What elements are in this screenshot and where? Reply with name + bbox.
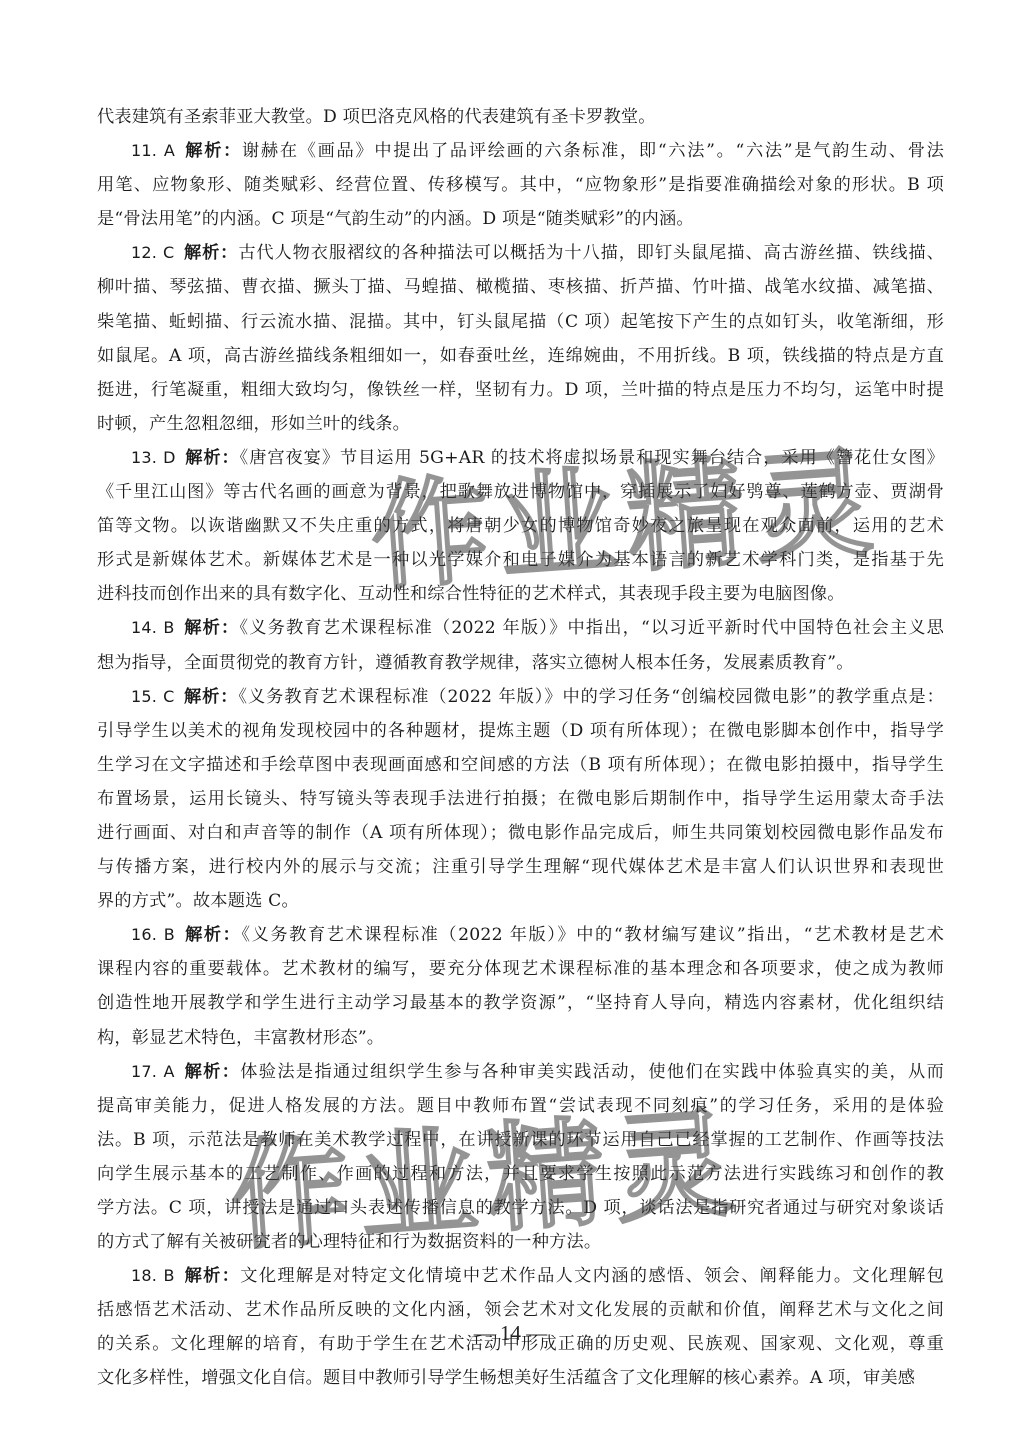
text-line: 界的方式”。故本题选 C。 — [97, 884, 944, 918]
line-text: 挺进，行笔凝重，粗细大致均匀，像铁丝一样，坚韧有力。D 项，兰叶描的特点是压力不… — [97, 380, 944, 400]
answer-item-first-line: 13. D 解析：《唐宫夜宴》节目运用 5G+AR 的技术将虚拟场景和现实舞台结… — [97, 441, 944, 475]
answer-item-first-line: 11. A 解析：谢赫在《画品》中提出了品评绘画的六条标准，即“六法”。“六法”… — [97, 134, 944, 168]
text-line: 时顿，产生忽粗忽细，形如兰叶的线条。 — [97, 407, 944, 441]
text-line: 形式是新媒体艺术。新媒体艺术是一种以光学媒介和电子媒介为基本语言的新艺术学科门类… — [97, 543, 944, 577]
text-line: 代表建筑有圣索菲亚大教堂。D 项巴洛克风格的代表建筑有圣卡罗教堂。 — [97, 100, 944, 134]
analysis-label: 解析： — [183, 243, 238, 263]
line-text: 是“骨法用笔”的内涵。C 项是“气韵生动”的内涵。D 项是“随类赋彩”的内涵。 — [97, 209, 694, 229]
text-line: 与传播方案，进行校内外的展示与交流；注重引导学生理解“现代媒体艺术是丰富人们认识… — [97, 850, 944, 884]
page-number: — 14 — — [0, 1321, 1021, 1346]
line-text: 文化多样性，增强文化自信。题目中教师引导学生畅想美好生活蕴含了文化理解的核心素养… — [97, 1368, 915, 1388]
line-text: 柴笔描、蚯蚓描、行云流水描、混描。其中，钉头鼠尾描（C 项）起笔按下产生的点如钉… — [97, 312, 944, 332]
line-text: 如鼠尾。A 项，高古游丝描线条粗细如一，如春蚕吐丝，连绵婉曲，不用折线。B 项，… — [97, 346, 944, 366]
analysis-label: 解析： — [183, 618, 239, 638]
text-line: 构，彰显艺术特色，丰富教材形态”。 — [97, 1021, 944, 1055]
question-number-answer: 15. C — [131, 687, 174, 706]
document-page: 代表建筑有圣索菲亚大教堂。D 项巴洛克风格的代表建筑有圣卡罗教堂。11. A 解… — [0, 0, 1021, 1437]
line-text: 课程内容的重要载体。艺术教材的编写，要充分体现艺术课程标准的基本理念和各项要求，… — [97, 959, 944, 979]
line-text: 进行画面、对白和声音等的制作（A 项有所体现）；微电影作品完成后，师生共同策划校… — [97, 823, 944, 843]
line-text: 想为指导，全面贯彻党的教育方针，遵循教育教学规律，落实立德树人根本任务，发展素质… — [97, 653, 854, 673]
text-line: 学方法。C 项，讲授法是通过口头表述传播信息的教学方法。D 项，谈话法是指研究者… — [97, 1191, 944, 1225]
text-line: 《千里江山图》等古代名画的画意为背景，把歌舞放进博物馆中，穿插展示了妇好鸮尊、莲… — [97, 475, 944, 509]
line-text: 笛等文物。以诙谐幽默又不失庄重的方式，将唐朝少女的博物馆奇妙夜之旅呈现在观众面前… — [97, 516, 944, 536]
question-number-answer: 14. B — [131, 618, 175, 637]
analysis-label: 解析： — [184, 448, 239, 468]
text-line: 布置场景，运用长镜头、特写镜头等表现手法进行拍摄；在微电影后期制作中，指导学生运… — [97, 782, 944, 816]
analysis-label: 解析： — [183, 1062, 240, 1082]
line-text: 与传播方案，进行校内外的展示与交流；注重引导学生理解“现代媒体艺术是丰富人们认识… — [97, 857, 944, 877]
analysis-label: 解析： — [183, 1266, 240, 1286]
line-text: 布置场景，运用长镜头、特写镜头等表现手法进行拍摄；在微电影后期制作中，指导学生运… — [97, 789, 944, 809]
text-line: 想为指导，全面贯彻党的教育方针，遵循教育教学规律，落实立德树人根本任务，发展素质… — [97, 646, 944, 680]
line-text: 创造性地开展教学和学生进行主动学习最基本的教学资源”，“坚持育人导向，精选内容素… — [97, 993, 944, 1013]
line-text: 学方法。C 项，讲授法是通过口头表述传播信息的教学方法。D 项，谈话法是指研究者… — [97, 1198, 944, 1218]
line-text: 柳叶描、琴弦描、曹衣描、撅头丁描、马蝗描、橄榄描、枣核描、折芦描、竹叶描、战笔水… — [97, 277, 944, 297]
line-text: 时顿，产生忽粗忽细，形如兰叶的线条。 — [97, 414, 410, 434]
line-text: 界的方式”。故本题选 C。 — [97, 891, 299, 911]
text-line: 是“骨法用笔”的内涵。C 项是“气韵生动”的内涵。D 项是“随类赋彩”的内涵。 — [97, 202, 944, 236]
analysis-label: 解析： — [184, 141, 242, 161]
line-text: 法。B 项，示范法是教师在美术教学过程中，在讲授新课的环节运用自己已经掌握的工艺… — [97, 1130, 944, 1150]
question-number-answer: 12. C — [131, 243, 174, 262]
line-text: 古代人物衣服褶纹的各种描法可以概括为十八描，即钉头鼠尾描、高古游丝描、铁线描、 — [238, 243, 944, 263]
line-text: 《义务教育艺术课程标准（2022 年版）》中指出，“以习近平新时代中国特色社会主… — [239, 618, 944, 638]
answer-item-first-line: 18. B 解析：文化理解是对特定文化情境中艺术作品人文内涵的感悟、领会、阐释能… — [97, 1259, 944, 1293]
answer-item-first-line: 16. B 解析：《义务教育艺术课程标准（2022 年版）》中的“教材编写建议”… — [97, 918, 944, 952]
question-number-answer: 17. A — [131, 1062, 175, 1081]
text-line: 文化多样性，增强文化自信。题目中教师引导学生畅想美好生活蕴含了文化理解的核心素养… — [97, 1361, 944, 1395]
line-text: 体验法是指通过组织学生参与各种审美实践活动，使他们在实践中体验真实的美，从而 — [240, 1062, 944, 1082]
text-line: 引导学生以美术的视角发现校园中的各种题材，提炼主题（D 项有所体现）；在微电影脚… — [97, 714, 944, 748]
text-line: 挺进，行笔凝重，粗细大致均匀，像铁丝一样，坚韧有力。D 项，兰叶描的特点是压力不… — [97, 373, 944, 407]
line-text: 引导学生以美术的视角发现校园中的各种题材，提炼主题（D 项有所体现）；在微电影脚… — [97, 721, 944, 741]
line-text: 构，彰显艺术特色，丰富教材形态”。 — [97, 1028, 384, 1048]
text-line: 向学生展示基本的工艺制作、作画的过程和方法，并且要求学生按照此示范方法进行实践练… — [97, 1157, 944, 1191]
line-text: 进科技而创作出来的具有数字化、互动性和综合性特征的艺术样式，其表现手段主要为电脑… — [97, 584, 845, 604]
line-text: 括感悟艺术活动、艺术作品所反映的文化内涵，领会艺术对文化发展的贡献和价值，阐释艺… — [97, 1300, 944, 1320]
text-line: 的方式了解有关被研究者的心理特征和行为数据资料的一种方法。 — [97, 1225, 944, 1259]
answer-explanations: 代表建筑有圣索菲亚大教堂。D 项巴洛克风格的代表建筑有圣卡罗教堂。11. A 解… — [97, 100, 944, 1396]
line-text: 提高审美能力，促进人格发展的方法。题目中教师布置“尝试表现不同刻痕”的学习任务，… — [97, 1096, 944, 1116]
question-number-answer: 18. B — [131, 1266, 175, 1285]
line-text: 《义务教育艺术课程标准（2022 年版）》中的“教材编写建议”指出，“艺术教材是… — [241, 925, 944, 945]
question-number-answer: 11. A — [131, 141, 175, 160]
answer-item-first-line: 14. B 解析：《义务教育艺术课程标准（2022 年版）》中指出，“以习近平新… — [97, 611, 944, 645]
text-line: 提高审美能力，促进人格发展的方法。题目中教师布置“尝试表现不同刻痕”的学习任务，… — [97, 1089, 944, 1123]
text-line: 课程内容的重要载体。艺术教材的编写，要充分体现艺术课程标准的基本理念和各项要求，… — [97, 952, 944, 986]
line-text: 《千里江山图》等古代名画的画意为背景，把歌舞放进博物馆中，穿插展示了妇好鸮尊、莲… — [97, 482, 944, 502]
answer-item-first-line: 12. C 解析：古代人物衣服褶纹的各种描法可以概括为十八描，即钉头鼠尾描、高古… — [97, 236, 944, 270]
text-line: 柴笔描、蚯蚓描、行云流水描、混描。其中，钉头鼠尾描（C 项）起笔按下产生的点如钉… — [97, 305, 944, 339]
text-line: 法。B 项，示范法是教师在美术教学过程中，在讲授新课的环节运用自己已经掌握的工艺… — [97, 1123, 944, 1157]
text-line: 柳叶描、琴弦描、曹衣描、撅头丁描、马蝗描、橄榄描、枣核描、折芦描、竹叶描、战笔水… — [97, 270, 944, 304]
line-text: 《义务教育艺术课程标准（2022 年版）》中的学习任务“创编校园微电影”的教学重… — [238, 687, 944, 707]
text-line: 如鼠尾。A 项，高古游丝描线条粗细如一，如春蚕吐丝，连绵婉曲，不用折线。B 项，… — [97, 339, 944, 373]
line-text: 代表建筑有圣索菲亚大教堂。D 项巴洛克风格的代表建筑有圣卡罗教堂。 — [97, 107, 656, 127]
text-line: 创造性地开展教学和学生进行主动学习最基本的教学资源”，“坚持育人导向，精选内容素… — [97, 986, 944, 1020]
line-text: 文化理解是对特定文化情境中艺术作品人文内涵的感悟、领会、阐释能力。文化理解包 — [240, 1266, 944, 1286]
text-line: 进行画面、对白和声音等的制作（A 项有所体现）；微电影作品完成后，师生共同策划校… — [97, 816, 944, 850]
text-line: 用笔、应物象形、随类赋彩、经营位置、传移模写。其中，“应物象形”是指要准确描绘对… — [97, 168, 944, 202]
analysis-label: 解析： — [183, 687, 238, 707]
answer-item-first-line: 17. A 解析：体验法是指通过组织学生参与各种审美实践活动，使他们在实践中体验… — [97, 1055, 944, 1089]
line-text: 的方式了解有关被研究者的心理特征和行为数据资料的一种方法。 — [97, 1232, 601, 1252]
text-line: 生学习在文字描述和手绘草图中表现画面感和空间感的方法（B 项有所体现）；在微电影… — [97, 748, 944, 782]
question-number-answer: 13. D — [131, 448, 176, 467]
line-text: 向学生展示基本的工艺制作、作画的过程和方法，并且要求学生按照此示范方法进行实践练… — [97, 1164, 944, 1184]
line-text: 《唐宫夜宴》节目运用 5G+AR 的技术将虚拟场景和现实舞台结合，采用《簪花仕女… — [240, 448, 944, 468]
line-text: 形式是新媒体艺术。新媒体艺术是一种以光学媒介和电子媒介为基本语言的新艺术学科门类… — [97, 550, 944, 570]
line-text: 用笔、应物象形、随类赋彩、经营位置、传移模写。其中，“应物象形”是指要准确描绘对… — [97, 175, 944, 195]
answer-item-first-line: 15. C 解析：《义务教育艺术课程标准（2022 年版）》中的学习任务“创编校… — [97, 680, 944, 714]
line-text: 谢赫在《画品》中提出了品评绘画的六条标准，即“六法”。“六法”是气韵生动、骨法 — [242, 141, 944, 161]
line-text: 生学习在文字描述和手绘草图中表现画面感和空间感的方法（B 项有所体现）；在微电影… — [97, 755, 944, 775]
text-line: 笛等文物。以诙谐幽默又不失庄重的方式，将唐朝少女的博物馆奇妙夜之旅呈现在观众面前… — [97, 509, 944, 543]
question-number-answer: 16. B — [131, 925, 175, 944]
analysis-label: 解析： — [184, 925, 242, 945]
text-line: 进科技而创作出来的具有数字化、互动性和综合性特征的艺术样式，其表现手段主要为电脑… — [97, 577, 944, 611]
